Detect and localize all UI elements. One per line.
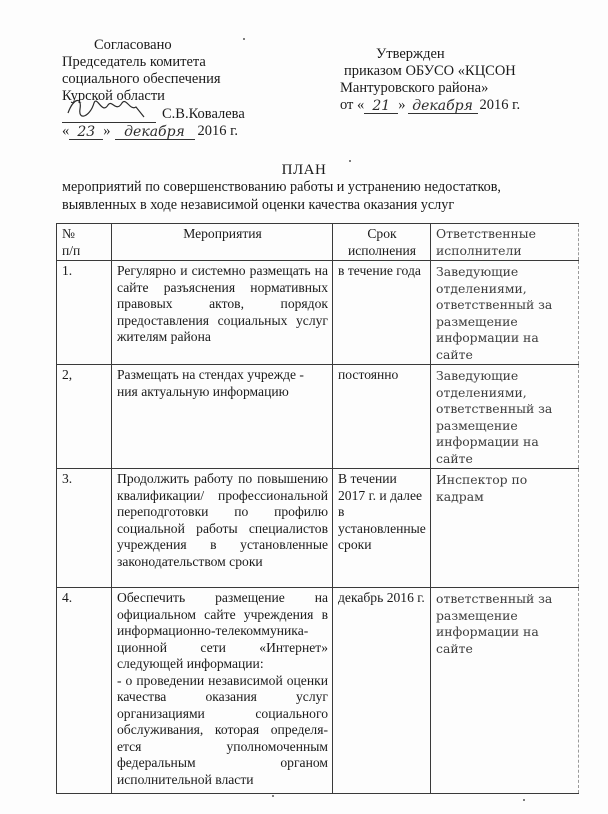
document-subtitle: мероприятий по совершенствованию работы … (62, 178, 602, 214)
header-responsible-line-1: Ответственные (436, 226, 574, 243)
header-action: Мероприятия (112, 224, 333, 261)
agreed-date-line: « 23 » декабря 2016 г. (62, 123, 302, 140)
approved-heading: Утвержден (340, 46, 600, 63)
subtitle-line-2: выявленных в ходе независимой оценки кач… (62, 196, 602, 214)
header-term-line-1: Срок (338, 226, 426, 243)
row-responsible: Заведующие отделениями, ответственный за… (431, 261, 579, 365)
approved-date-month: декабря (408, 99, 478, 114)
row-responsible: Инспектор по кадрам (431, 469, 579, 588)
scan-speck (349, 160, 351, 162)
row-action-main: Обеспечить размещение на официальном сай… (117, 590, 328, 673)
row-action: Продолжить работу по повышению квалифика… (112, 469, 333, 588)
approved-date-day: 21 (364, 99, 398, 114)
approved-order-line-2: Мантуровского района» (340, 80, 600, 97)
row-num: 3. (57, 469, 112, 588)
agreed-signatory-name: С.В.Ковалева (162, 106, 245, 123)
table-header-row: № п/п Мероприятия Срок исполнения Ответс… (57, 224, 579, 261)
approved-order-line-1: приказом ОБУСО «КЦСОН (340, 63, 600, 80)
table-row: 2, Размещать на стендах учрежде - ния ак… (57, 365, 579, 469)
agreed-signature-line: С.В.Ковалева (62, 105, 302, 123)
agreed-date-quote-open: « (62, 123, 69, 140)
agreed-date-quote-close: » (103, 123, 110, 140)
approved-date-line: от « 21 » декабря 2016 г. (340, 97, 600, 114)
document-page: Согласовано Председатель комитета социал… (0, 0, 608, 814)
row-action: Регулярно и системно размещать на сайте … (112, 261, 333, 365)
document-title: ПЛАН (0, 162, 608, 179)
row-num: 4. (57, 588, 112, 794)
approval-block-approved: Утвержден приказом ОБУСО «КЦСОН Мантуров… (340, 46, 600, 114)
agreed-date-month: декабря (115, 125, 195, 140)
table-row: 1. Регулярно и системно размещать на сай… (57, 261, 579, 365)
header-num: № п/п (57, 224, 112, 261)
row-responsible: Заведующие отделениями, ответственный за… (431, 365, 579, 469)
row-term: декабрь 2016 г. (333, 588, 431, 794)
approved-date-quote-close: » (398, 97, 405, 114)
header-term-line-2: исполнения (338, 243, 426, 260)
approved-date-prefix: от « (340, 97, 364, 114)
header-responsible-line-2: исполнители (436, 243, 574, 260)
row-term: В течении 2017 г. и далее в установленны… (333, 469, 431, 588)
agreed-date-day: 23 (69, 125, 103, 140)
table-row: 3. Продолжить работу по повышению квалиф… (57, 469, 579, 588)
row-term: постоянно (333, 365, 431, 469)
row-num: 2, (57, 365, 112, 469)
approved-date-year: 2016 г. (480, 97, 521, 114)
signature-scribble-icon (62, 105, 156, 123)
header-num-line-2: п/п (62, 243, 107, 260)
header-responsible: Ответственные исполнители (431, 224, 579, 261)
subtitle-line-1: мероприятий по совершенствованию работы … (62, 178, 602, 196)
row-responsible: ответственный за размещение информации н… (431, 588, 579, 794)
row-num: 1. (57, 261, 112, 365)
header-term: Срок исполнения (333, 224, 431, 261)
table-row: 4. Обеспечить размещение на официальном … (57, 588, 579, 794)
row-action: Размещать на стендах учрежде - ния актуа… (112, 365, 333, 469)
scan-speck (523, 799, 525, 801)
header-num-line-1: № (62, 226, 107, 243)
row-action-item: - о проведении независимой оценки качест… (117, 673, 328, 789)
agreed-position-line-2: социального обеспечения (62, 71, 302, 88)
agreed-position-line-1: Председатель комитета (62, 54, 302, 71)
scan-speck (243, 38, 245, 40)
scan-speck (272, 795, 274, 797)
agreed-heading: Согласовано (62, 37, 302, 54)
agreed-date-year: 2016 г. (198, 123, 239, 140)
row-term: в течение года (333, 261, 431, 365)
approval-block-agreed: Согласовано Председатель комитета социал… (62, 37, 302, 140)
row-action: Обеспечить размещение на официальном сай… (112, 588, 333, 794)
plan-table: № п/п Мероприятия Срок исполнения Ответс… (56, 223, 579, 794)
